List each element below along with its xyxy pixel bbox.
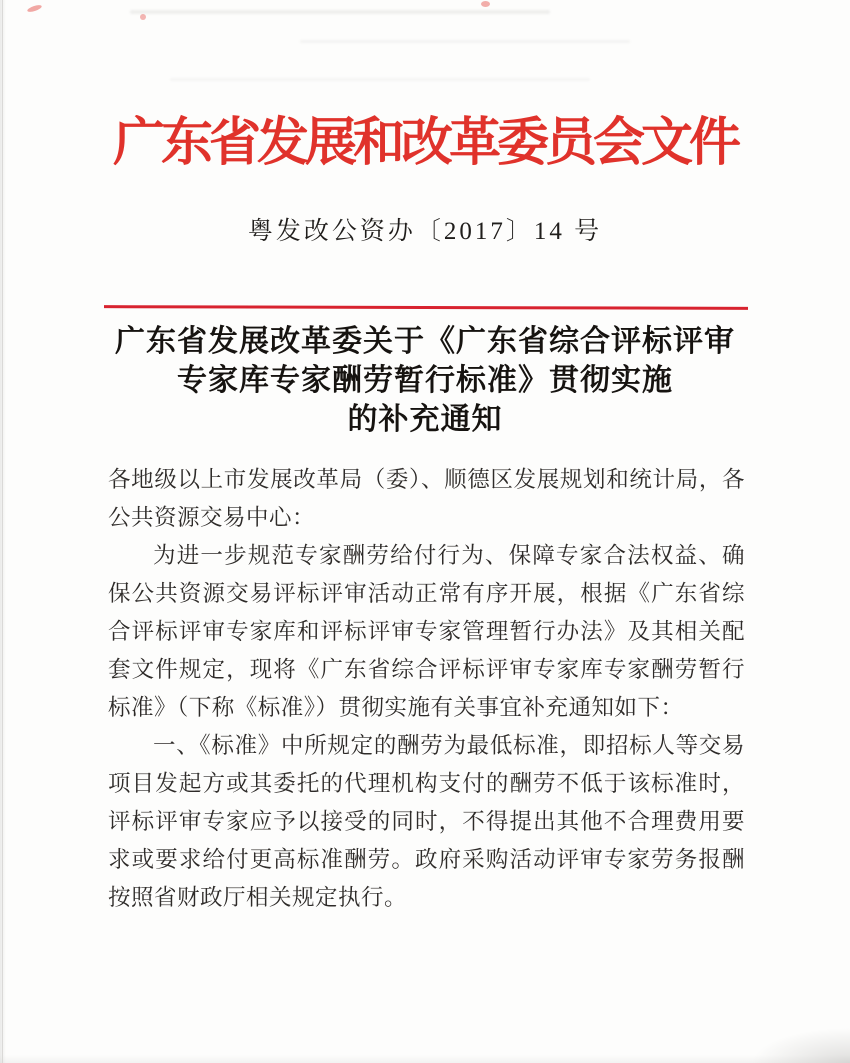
document-reference-number: 粤发改公资办〔2017〕14 号 [0, 211, 850, 247]
scan-ink-speck [140, 14, 146, 20]
title-line-2: 专家库专家酬劳暂行标准》贯彻实施 [40, 361, 810, 400]
document-title: 广东省发展改革委关于《广东省综合评标评审 专家库专家酬劳暂行标准》贯彻实施 的补… [40, 322, 810, 439]
scan-bleed-artifact [170, 78, 590, 81]
scan-ink-speck [27, 4, 43, 13]
scan-ink-speck [481, 1, 490, 7]
red-header-divider-rule [104, 305, 748, 310]
issuing-authority-banner: 广东省发展和改革委员会文件 [0, 100, 850, 175]
scanned-document-page: 广东省发展和改革委员会文件 粤发改公资办〔2017〕14 号 广东省发展改革委关… [0, 0, 850, 1063]
scan-bleed-artifact [130, 10, 550, 14]
body-paragraph-2: 一、《标准》中所规定的酬劳为最低标准，即招标人等交易项目发起方或其委托的代理机构… [108, 727, 745, 917]
document-body: 各地级以上市发展改革局（委）、顺德区发展规划和统计局，各公共资源交易中心： 为进… [108, 461, 745, 917]
scan-bleed-artifact [300, 40, 630, 43]
title-line-3: 的补充通知 [40, 400, 810, 439]
title-line-1: 广东省发展改革委关于《广东省综合评标评审 [40, 322, 810, 361]
body-paragraph-1: 为进一步规范专家酬劳给付行为、保障专家合法权益、确保公共资源交易评标评审活动正常… [108, 537, 745, 727]
recipient-salutation: 各地级以上市发展改革局（委）、顺德区发展规划和统计局，各公共资源交易中心： [108, 461, 745, 537]
